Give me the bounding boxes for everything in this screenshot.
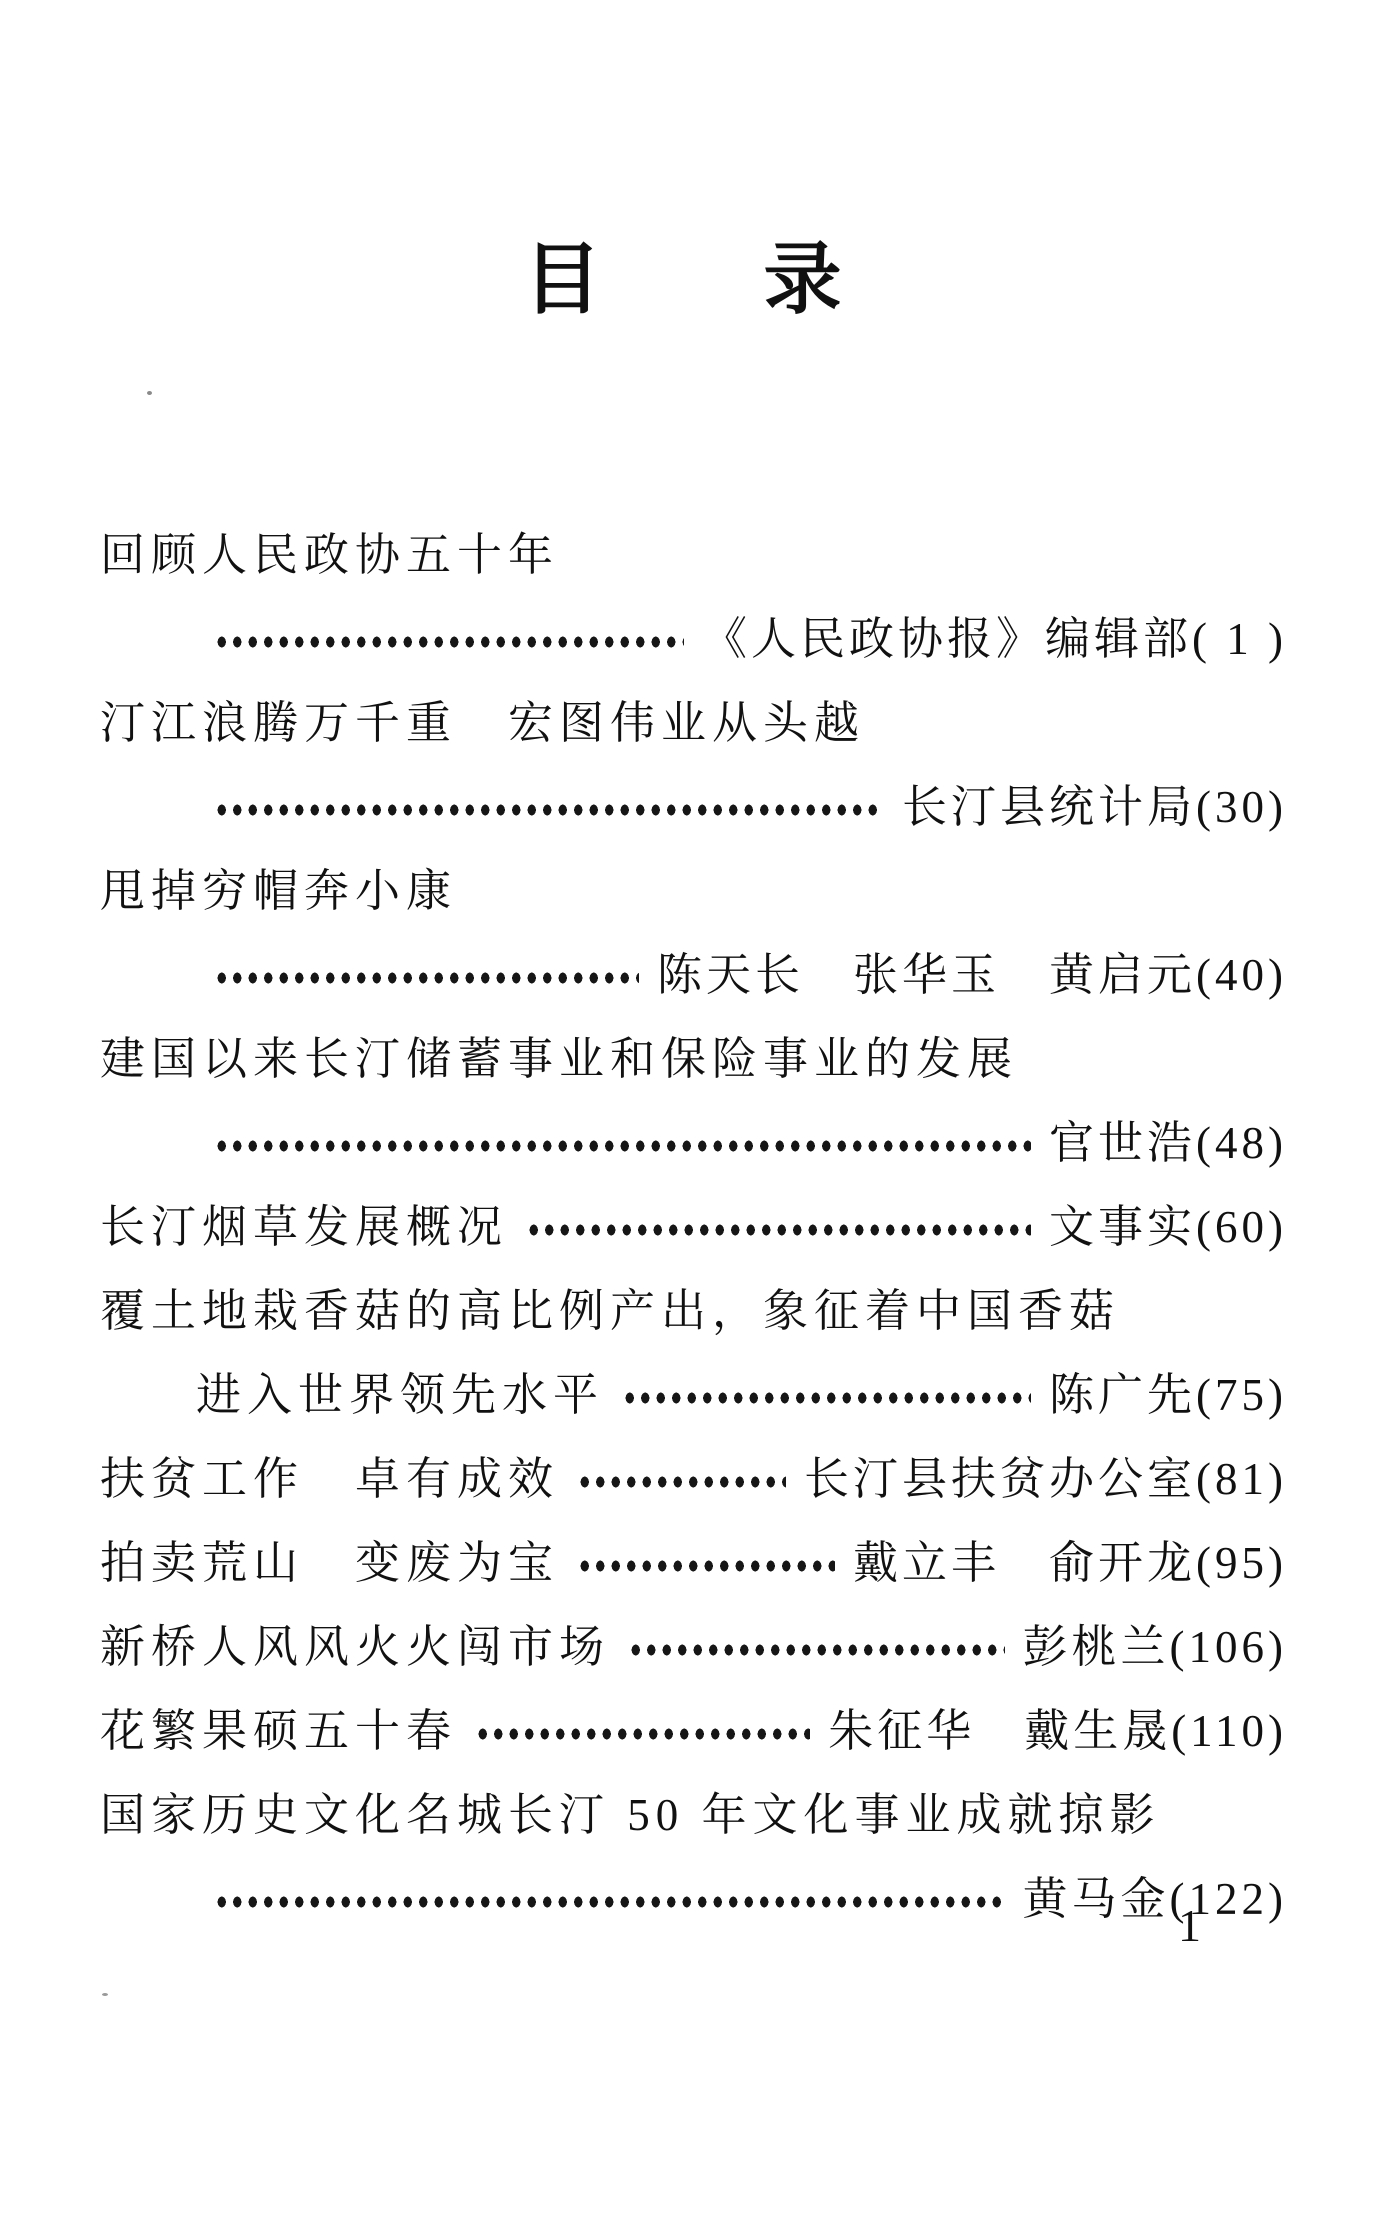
toc-entry-author-page: 陈天长 张华玉 黄启元(40) xyxy=(657,933,1287,1017)
toc-entry-author-page: 官世浩(48) xyxy=(1049,1101,1287,1185)
dotted-leader xyxy=(622,1391,1031,1405)
toc-line: 新桥人风风火火闯市场 彭桃兰(106) xyxy=(100,1605,1287,1689)
dotted-leader xyxy=(214,1139,1031,1153)
dotted-leader xyxy=(577,1475,786,1489)
scanned-toc-page: 目 录 回顾人民政协五十年 《人民政协报》编辑部( 1 ) 汀江浪腾万千重 宏图… xyxy=(0,0,1397,2236)
toc-line: 扶贫工作 卓有成效 长汀县扶贫办公室(81) xyxy=(100,1437,1287,1521)
toc-line: 长汀县统计局(30) xyxy=(100,765,1287,849)
toc-entry-text: 进入世界领先水平 xyxy=(196,1353,604,1437)
dotted-leader xyxy=(214,971,639,985)
toc-list: 回顾人民政协五十年 《人民政协报》编辑部( 1 ) 汀江浪腾万千重 宏图伟业从头… xyxy=(100,513,1287,1941)
dotted-leader xyxy=(214,1895,1005,1909)
toc-entry-author-page: 朱征华 戴生晟(110) xyxy=(828,1689,1287,1773)
toc-entry-text: 扶贫工作 卓有成效 xyxy=(100,1437,559,1521)
toc-entry-author-page: 彭桃兰(106) xyxy=(1023,1605,1287,1689)
dotted-leader xyxy=(526,1223,1031,1237)
scan-artifact xyxy=(102,1993,108,1996)
toc-line: 花繁果硕五十春 朱征华 戴生晟(110) xyxy=(100,1689,1287,1773)
toc-entry-text: 花繁果硕五十春 xyxy=(100,1689,457,1773)
toc-entry-author-page: 长汀县扶贫办公室(81) xyxy=(804,1437,1287,1521)
toc-entry-text: 回顾人民政协五十年 xyxy=(100,513,559,597)
toc-entry-text: 建国以来长汀储蓄事业和保险事业的发展 xyxy=(100,1017,1018,1101)
toc-entry-author-page: 《人民政协报》编辑部( 1 ) xyxy=(702,597,1287,681)
toc-entry-text: 汀江浪腾万千重 宏图伟业从头越 xyxy=(100,681,865,765)
dotted-leader xyxy=(628,1643,1005,1657)
toc-entry-text: 新桥人风风火火闯市场 xyxy=(100,1605,610,1689)
toc-line: 回顾人民政协五十年 xyxy=(100,513,1287,597)
toc-entry-author-page: 文事实(60) xyxy=(1049,1185,1287,1269)
toc-line: 黄马金(122) xyxy=(100,1857,1287,1941)
toc-line: 官世浩(48) xyxy=(100,1101,1287,1185)
toc-line: 汀江浪腾万千重 宏图伟业从头越 xyxy=(100,681,1287,765)
toc-entry-author-page: 长汀县统计局(30) xyxy=(902,765,1287,849)
scan-artifact xyxy=(147,391,152,395)
toc-line: 进入世界领先水平 陈广先(75) xyxy=(100,1353,1287,1437)
toc-entry-text: 长汀烟草发展概况 xyxy=(100,1185,508,1269)
dotted-leader xyxy=(214,803,884,817)
toc-entry-author-page: 黄马金(122) xyxy=(1023,1857,1287,1941)
toc-line: 长汀烟草发展概况 文事实(60) xyxy=(100,1185,1287,1269)
toc-entry-author-page: 陈广先(75) xyxy=(1049,1353,1287,1437)
toc-entry-text: 拍卖荒山 变废为宝 xyxy=(100,1521,559,1605)
toc-line: 拍卖荒山 变废为宝 戴立丰 俞开龙(95) xyxy=(100,1521,1287,1605)
toc-entry-text: 国家历史文化名城长汀 50 年文化事业成就掠影 xyxy=(100,1773,1161,1857)
toc-line: 陈天长 张华玉 黄启元(40) xyxy=(100,933,1287,1017)
toc-entry-text: 甩掉穷帽奔小康 xyxy=(100,849,457,933)
toc-entry-text: 覆土地栽香菇的高比例产出，象征着中国香菇 xyxy=(100,1269,1120,1353)
toc-entry-author-page: 戴立丰 俞开龙(95) xyxy=(853,1521,1287,1605)
page-number: 1 xyxy=(1178,1898,1201,1953)
page-title: 目 录 xyxy=(100,237,1267,323)
toc-line: 甩掉穷帽奔小康 xyxy=(100,849,1287,933)
dotted-leader xyxy=(475,1727,810,1741)
dotted-leader xyxy=(577,1559,835,1573)
toc-line: 覆土地栽香菇的高比例产出，象征着中国香菇 xyxy=(100,1269,1287,1353)
toc-line: 国家历史文化名城长汀 50 年文化事业成就掠影 xyxy=(100,1773,1287,1857)
toc-line: 《人民政协报》编辑部( 1 ) xyxy=(100,597,1287,681)
toc-line: 建国以来长汀储蓄事业和保险事业的发展 xyxy=(100,1017,1287,1101)
dotted-leader xyxy=(214,635,684,649)
